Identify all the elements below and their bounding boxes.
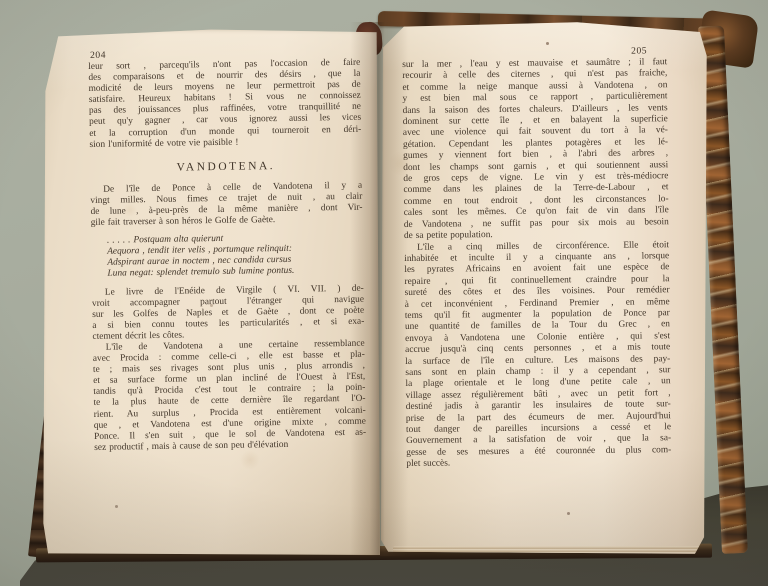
paragraph: sur la mer , l'eau y est mauvaise et sau… xyxy=(402,57,669,242)
left-page: 204 leur sort , parcequ'ils n'ont pas l'… xyxy=(42,28,380,555)
right-page: 205 sur la mer , l'eau y est mauvaise et… xyxy=(381,18,708,556)
verse-quote: . . . . . Postquam alta quieruntAequora … xyxy=(91,232,364,281)
text-line: plet succès. xyxy=(406,456,671,470)
right-page-blocks: sur la mer , l'eau y est mauvaise et sau… xyxy=(402,57,671,470)
photo-of-open-book: 204 leur sort , parcequ'ils n'ont pas l'… xyxy=(0,0,768,586)
section-heading: VANDOTENA. xyxy=(90,158,362,175)
text-line: VANDOTENA. xyxy=(90,158,362,175)
paragraph: leur sort , parcequ'ils n'ont pas l'occa… xyxy=(88,58,361,151)
paragraph: Le livre de l'Enéide de Virgile ( VI. VI… xyxy=(92,283,365,343)
left-page-text: 204 leur sort , parcequ'ils n'ont pas l'… xyxy=(88,46,366,454)
left-page-blocks: leur sort , parcequ'ils n'ont pas l'occa… xyxy=(88,58,366,454)
paragraph: De l'île de Ponce à celle de Vandotena i… xyxy=(90,180,363,229)
paragraph: L'île a cinq milles de circonférence. El… xyxy=(404,240,671,471)
right-page-text: 205 sur la mer , l'eau y est mauvaise et… xyxy=(402,45,671,470)
paragraph: L'île de Vandotena a une certaine ressem… xyxy=(93,339,367,454)
